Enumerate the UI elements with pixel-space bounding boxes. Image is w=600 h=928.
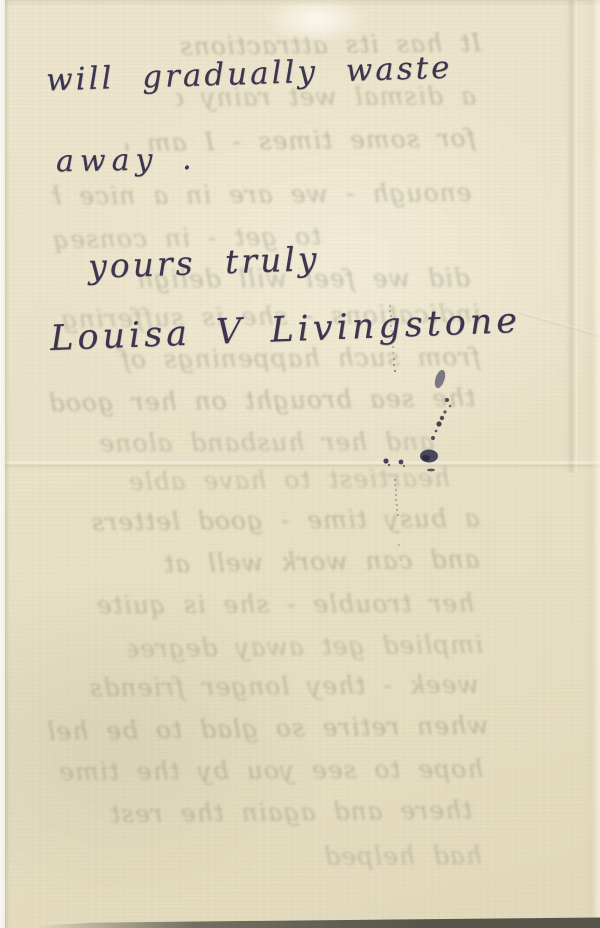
top-edge-shading bbox=[4, 0, 600, 6]
handwriting-line: yours truly bbox=[87, 239, 320, 286]
signature: Louisa V Livingstone bbox=[49, 301, 521, 359]
right-edge-highlight bbox=[584, 0, 600, 928]
left-edge-shadow bbox=[5, 0, 10, 928]
handwriting-line: will gradually waste bbox=[46, 50, 453, 99]
handwriting-layer: will gradually waste away . yours truly … bbox=[4, 0, 600, 928]
letter-paper: It has its attractions if a dismal wet r… bbox=[4, 0, 600, 928]
handwriting-line: away . bbox=[56, 142, 198, 179]
scanned-letter-page: It has its attractions if a dismal wet r… bbox=[0, 0, 600, 928]
